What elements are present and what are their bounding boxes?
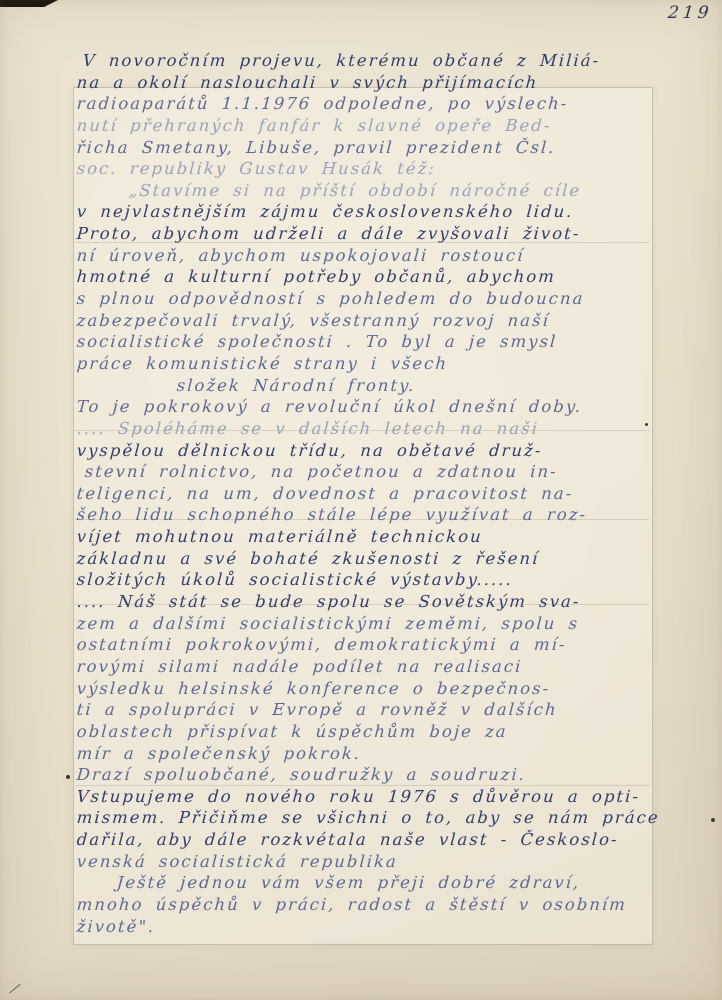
handwritten-line: řicha Smetany, Libuše, pravil prezident … <box>76 137 684 159</box>
handwritten-line: Vstupujeme do nového roku 1976 s důvěrou… <box>76 786 684 808</box>
handwritten-line: mír a společenský pokrok. <box>76 743 684 765</box>
handwritten-line: Drazí spoluobčané, soudružky a soudruzi. <box>76 764 684 786</box>
handwritten-line: výsledku helsinské konference o bezpečno… <box>76 678 684 700</box>
chronicle-page-photo: 219 V novoročním projevu, kterému občané… <box>0 0 722 1000</box>
handwritten-line: s plnou odpovědností s pohledem do budou… <box>76 288 684 310</box>
handwritten-line: složitých úkolů socialistické výstavby..… <box>76 569 684 591</box>
handwritten-line: To je pokrokový a revoluční úkol dnešní … <box>76 396 684 418</box>
handwritten-line: základnu a své bohaté zkušenosti z řešen… <box>76 548 684 570</box>
handwritten-line: socialistické společnosti . To byl a je … <box>76 331 684 353</box>
handwritten-line: práce komunistické strany i všech <box>76 353 684 375</box>
handwritten-line: .... Spoléháme se v dalších letech na na… <box>76 418 684 440</box>
handwritten-line: vyspělou dělnickou třídu, na obětavé dru… <box>76 440 684 462</box>
handwritten-line: oblastech přispívat k úspěchům boje za <box>76 721 684 743</box>
handwritten-line: „Stavíme si na příští období náročné cíl… <box>76 180 684 202</box>
handwritten-line: ti a spolupráci v Evropě a rovněž v dalš… <box>76 699 684 721</box>
handwritten-line: ostatními pokrokovými, demokratickými a … <box>76 634 684 656</box>
ink-speck <box>645 423 648 426</box>
handwritten-line: rovými silami nadále podílet na realisac… <box>76 656 684 678</box>
handwritten-line: Proto, abychom udrželi a dále zvyšovali … <box>76 223 684 245</box>
handwritten-line: soc. republiky Gustav Husák též: <box>76 158 684 180</box>
ink-speck <box>711 818 715 822</box>
handwritten-line: Ještě jednou vám všem přeji dobré zdraví… <box>76 872 684 894</box>
handwritten-line: hmotné a kulturní potřeby občanů, abycho… <box>76 266 684 288</box>
handwritten-line: složek Národní fronty. <box>76 375 684 397</box>
handwritten-line: na a okolí naslouchali v svých přijímací… <box>76 72 684 94</box>
handwritten-line: mnoho úspěchů v práci, radost a štěstí v… <box>76 894 684 916</box>
handwritten-line: venská socialistická republika <box>76 851 684 873</box>
handwritten-line: ní úroveň, abychom uspokojovali rostoucí <box>76 245 684 267</box>
handwritten-line: .... Náš stát se bude spolu se Sovětským… <box>76 591 684 613</box>
handwritten-line: víjet mohutnou materiálně technickou <box>76 526 684 548</box>
handwritten-line: nutí přehraných fanfár k slavné opeře Be… <box>76 115 684 137</box>
handwritten-line: šeho lidu schopného stále lépe využívat … <box>76 504 684 526</box>
handwritten-line: v nejvlastnějším zájmu československého … <box>76 201 684 223</box>
handwritten-line: dařila, aby dále rozkvétala naše vlast -… <box>76 829 684 851</box>
handwritten-line: životě". <box>76 916 684 938</box>
handwritten-line: teligenci, na um, dovednost a pracovitos… <box>76 483 684 505</box>
handwritten-line: stevní rolnictvo, na početnou a zdatnou … <box>76 461 684 483</box>
pen-scratch <box>9 984 20 994</box>
handwritten-line: V novoročním projevu, kterému občané z M… <box>76 50 684 72</box>
photo-corner-shadow <box>0 0 58 7</box>
handwritten-line: radioaparátů 1.1.1976 odpoledne, po výsl… <box>76 93 684 115</box>
handwritten-line: zem a dalšími socialistickými zeměmi, sp… <box>76 613 684 635</box>
handwritten-line: zabezpečovali trvalý, všestranný rozvoj … <box>76 310 684 332</box>
manuscript-lines: V novoročním projevu, kterému občané z M… <box>76 50 682 937</box>
ink-speck <box>66 775 70 779</box>
page-number: 219 <box>666 3 713 23</box>
handwritten-line: mismem. Přičiňme se všichni o to, aby se… <box>76 807 684 829</box>
